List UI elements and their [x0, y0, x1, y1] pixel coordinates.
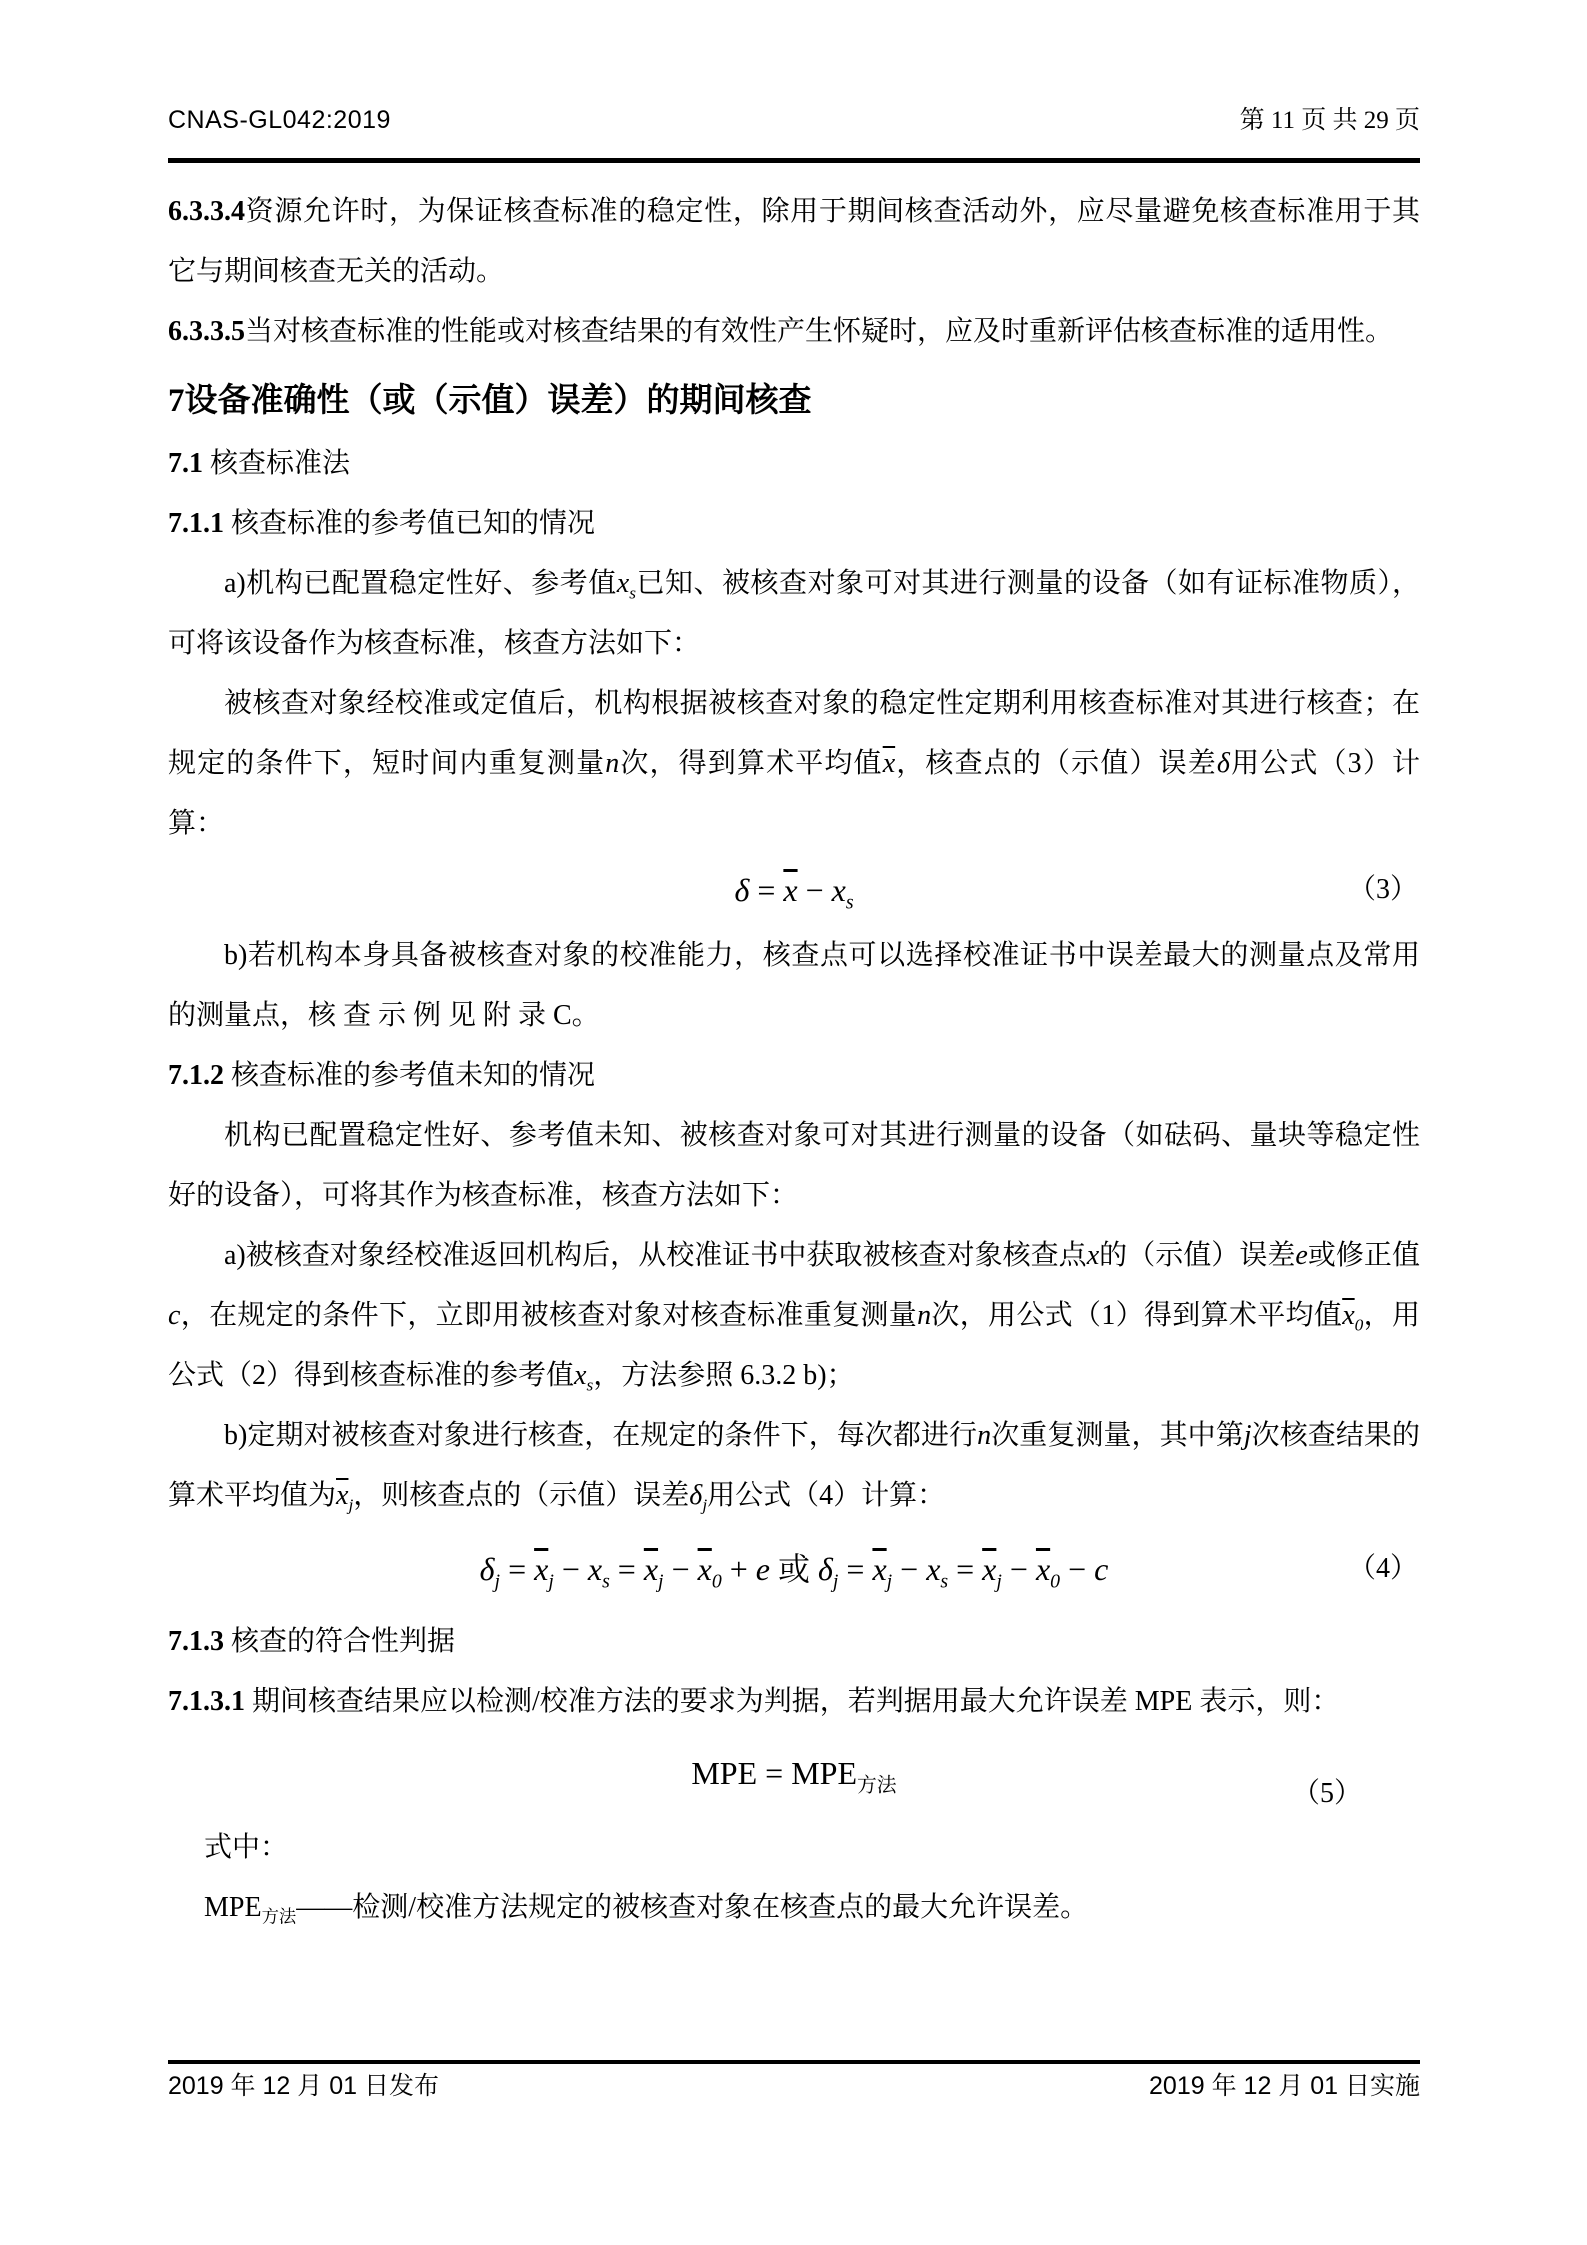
section-7-1-heading: 7.1 核查标准法 [168, 434, 1420, 494]
section-7-1-1-heading: 7.1.1 核查标准的参考值已知的情况 [168, 494, 1420, 554]
formula-4: δj = xj − xs = xj − x0 + e 或 δj = xj − x… [168, 1536, 1420, 1602]
document-page: CNAS-GL042:2019 第 11 页 共 29 页 6.3.3.4资源允… [0, 0, 1587, 2245]
paragraph-unknown-b: b)定期对被核查对象进行核查，在规定的条件下，每次都进行n次重复测量，其中第j次… [168, 1406, 1420, 1526]
formula-5-expression: MPE = MPE方法 [691, 1755, 896, 1791]
paragraph-known-a: a)机构已配置稳定性好、参考值xs已知、被核查对象可对其进行测量的设备（如有证标… [168, 554, 1420, 674]
formula-3-number: （3） [1348, 857, 1418, 923]
document-body: 6.3.3.4资源允许时，为保证核查标准的稳定性，除用于期间核查活动外，应尽量避… [168, 182, 1420, 1938]
header-divider [168, 158, 1420, 163]
paragraph-unknown-intro: 机构已配置稳定性好、参考值未知、被核查对象可对其进行测量的设备（如砝码、量块等稳… [168, 1106, 1420, 1226]
release-date: 2019 年 12 月 01 日发布 [168, 2066, 439, 2102]
paragraph-7-1-3-1: 7.1.3.1 期间核查结果应以检测/校准方法的要求为判据，若判据用最大允许误差… [168, 1672, 1420, 1732]
paragraph-mpe-definition: MPE方法——检测/校准方法规定的被核查对象在核查点的最大允许误差。 [204, 1878, 1420, 1938]
paragraph-known-b: b)若机构本身具备被核查对象的校准能力，核查点可以选择校准证书中误差最大的测量点… [168, 926, 1420, 1046]
paragraph-6-3-3-4: 6.3.3.4资源允许时，为保证核查标准的稳定性，除用于期间核查活动外，应尽量避… [168, 182, 1420, 302]
where-label: 式中： [204, 1818, 1420, 1878]
section-7-1-2-heading: 7.1.2 核查标准的参考值未知的情况 [168, 1046, 1420, 1106]
formula-3-expression: δ = x − xs [734, 872, 853, 908]
page-footer: 2019 年 12 月 01 日发布 2019 年 12 月 01 日实施 [168, 2066, 1420, 2102]
formula-4-expression: δj = xj − xs = xj − x0 + e 或 δj = xj − x… [480, 1551, 1109, 1587]
formula-5-number: （5） [1292, 1761, 1362, 1827]
section-7-heading: 7设备准确性（或（示值）误差）的期间核查 [168, 370, 1420, 432]
formula-5: MPE = MPE方法 （5） [168, 1740, 1420, 1806]
section-7-1-3-heading: 7.1.3 核查的符合性判据 [168, 1612, 1420, 1672]
document-id: CNAS-GL042:2019 [168, 106, 391, 135]
formula-3: δ = x − xs （3） [168, 857, 1420, 923]
paragraph-6-3-3-5: 6.3.3.5当对核查标准的性能或对核查结果的有效性产生怀疑时，应及时重新评估核… [168, 302, 1420, 362]
page-header: CNAS-GL042:2019 第 11 页 共 29 页 [168, 100, 1420, 136]
paragraph-known-method: 被核查对象经校准或定值后，机构根据被核查对象的稳定性定期利用核查标准对其进行核查… [168, 674, 1420, 854]
implementation-date: 2019 年 12 月 01 日实施 [1149, 2066, 1420, 2102]
page-number: 第 11 页 共 29 页 [1240, 100, 1420, 136]
formula-4-number: （4） [1348, 1536, 1418, 1602]
paragraph-unknown-a: a)被核查对象经校准返回机构后，从校准证书中获取被核查对象核查点x的（示值）误差… [168, 1226, 1420, 1406]
footer-divider [168, 2060, 1420, 2064]
